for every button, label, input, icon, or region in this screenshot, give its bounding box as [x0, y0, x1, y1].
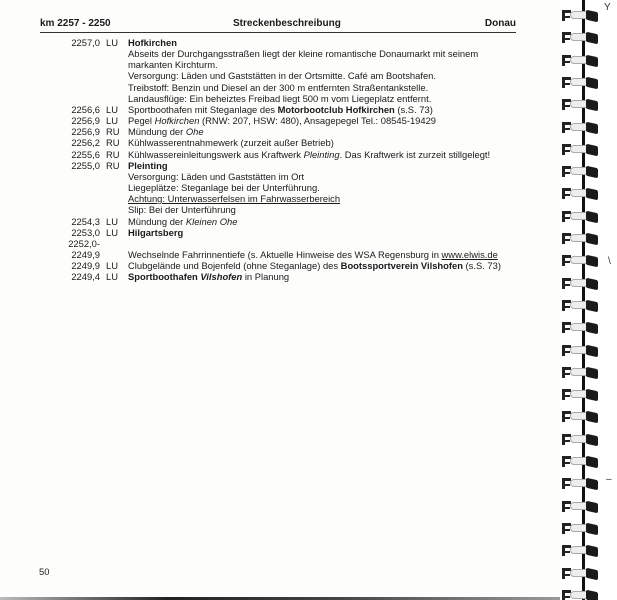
- river-km: [50, 82, 100, 93]
- entry-row: Achtung: Unterwasserfelsen im Fahrwasser…: [50, 193, 530, 204]
- entry-text: Liegeplätze: Steganlage bei der Unterfüh…: [128, 182, 530, 193]
- entry-text: Hilgartsberg: [128, 227, 530, 238]
- bank-side: RU: [100, 149, 128, 160]
- entry-text: markanten Kirchturm.: [128, 59, 530, 70]
- binding-coil: [562, 454, 606, 470]
- scan-mark: \: [608, 256, 611, 267]
- binding-coil: [562, 387, 606, 403]
- entry-row: 2249,9Wechselnde Fahrrinnentiefe (s. Akt…: [50, 249, 530, 260]
- binding-coil: [562, 209, 606, 225]
- bank-side: [100, 193, 128, 204]
- entry-row: Treibstoff: Benzin und Diesel an der 300…: [50, 82, 530, 93]
- entry-text: Slip: Bei der Unterführung: [128, 204, 530, 215]
- river-km: [50, 70, 100, 81]
- bank-side: [100, 171, 128, 182]
- river-km: 2252,0-: [50, 238, 100, 249]
- river-km: 2256,2: [50, 137, 100, 148]
- river-km: 2249,9: [50, 249, 100, 260]
- binding-coil: [562, 409, 606, 425]
- river-km: [50, 182, 100, 193]
- entry-row: 2255,0RUPleinting: [50, 160, 530, 171]
- website-link[interactable]: www.elwis.de: [442, 249, 498, 260]
- route-description-list: 2257,0LUHofkirchenAbseits der Durchgangs…: [50, 37, 530, 282]
- entry-text: Kühlwassereinleitungswerk aus Kraftwerk …: [128, 149, 530, 160]
- binding-coil: [562, 521, 606, 537]
- bank-side: [100, 204, 128, 215]
- binding-coil: [562, 320, 606, 336]
- entry-text: Sportboothafen Vilshofen in Planung: [128, 271, 530, 282]
- binding-coil: [562, 298, 606, 314]
- entry-row: Landausflüge: Ein beheiztes Freibad lieg…: [50, 93, 530, 104]
- binding-coil: [562, 276, 606, 292]
- entry-text: Pegel Hofkirchen (RNW: 207, HSW: 480), A…: [128, 115, 530, 126]
- river-km: 2249,9: [50, 260, 100, 271]
- binding-coil: [562, 543, 606, 559]
- bank-side: [100, 249, 128, 260]
- entry-text: Treibstoff: Benzin und Diesel an der 300…: [128, 82, 530, 93]
- entry-row: Slip: Bei der Unterführung: [50, 204, 530, 215]
- river-km: 2255,6: [50, 149, 100, 160]
- bank-side: [100, 93, 128, 104]
- entry-text: Kühlwasserentnahmewerk (zurzeit außer Be…: [128, 137, 530, 148]
- binding-coil: [562, 164, 606, 180]
- entry-text: Sportboothafen mit Steganlage des Motorb…: [128, 104, 530, 115]
- river-km: [50, 93, 100, 104]
- river-km: [50, 193, 100, 204]
- binding-coil: [562, 231, 606, 247]
- river-km: 2253,0: [50, 227, 100, 238]
- river-km: 2256,6: [50, 104, 100, 115]
- entry-text: Landausflüge: Ein beheiztes Freibad lieg…: [128, 93, 530, 104]
- entry-text: Clubgelände und Bojenfeld (ohne Steganla…: [128, 260, 530, 271]
- binding-coil: [562, 253, 606, 269]
- page-header: km 2257 - 2250 Streckenbeschreibung Dona…: [40, 18, 516, 33]
- entry-row: 2249,4LUSportboothafen Vilshofen in Plan…: [50, 271, 530, 282]
- binding-coil: [562, 476, 606, 492]
- entry-row: 2257,0LUHofkirchen: [50, 37, 530, 48]
- binding-coil: [562, 97, 606, 113]
- river-name: Donau: [485, 18, 516, 29]
- bank-side: RU: [100, 160, 128, 171]
- entry-text: Mündung der Ohe: [128, 126, 530, 137]
- bank-side: [100, 182, 128, 193]
- binding-coil: [562, 186, 606, 202]
- river-km: 2257,0: [50, 37, 100, 48]
- entry-text: Mündung der Kleinen Ohe: [128, 216, 530, 227]
- bank-side: [100, 70, 128, 81]
- entry-text: Wechselnde Fahrrinnentiefe (s. Aktuelle …: [128, 249, 530, 260]
- entry-row: Liegeplätze: Steganlage bei der Unterfüh…: [50, 182, 530, 193]
- bank-side: LU: [100, 227, 128, 238]
- binding-coil: [562, 120, 606, 136]
- entry-text: Versorgung: Läden und Gaststätten im Ort: [128, 171, 530, 182]
- river-km: 2249,4: [50, 271, 100, 282]
- binding-coil: [562, 499, 606, 515]
- entry-row: 2256,9LUPegel Hofkirchen (RNW: 207, HSW:…: [50, 115, 530, 126]
- bank-side: [100, 59, 128, 70]
- bank-side: RU: [100, 126, 128, 137]
- entry-text: Pleinting: [128, 160, 530, 171]
- section-title: Streckenbeschreibung: [233, 18, 341, 29]
- entry-row: 2256,6LUSportboothafen mit Steganlage de…: [50, 104, 530, 115]
- river-km: 2255,0: [50, 160, 100, 171]
- binding-coil: [562, 566, 606, 582]
- entry-text: Achtung: Unterwasserfelsen im Fahrwasser…: [128, 193, 530, 204]
- entry-text: [128, 238, 530, 249]
- bank-side: LU: [100, 115, 128, 126]
- entry-row: 2254,3LUMündung der Kleinen Ohe: [50, 216, 530, 227]
- entry-row: 2252,0-: [50, 238, 530, 249]
- entry-text: Abseits der Durchgangsstraßen liegt der …: [128, 48, 530, 59]
- page-number: 50: [39, 566, 49, 577]
- binding-coil: [562, 432, 606, 448]
- entry-row: Versorgung: Läden und Gaststätten in der…: [50, 70, 530, 81]
- bank-side: [100, 48, 128, 59]
- entry-row: 2256,2RUKühlwasserentnahmewerk (zurzeit …: [50, 137, 530, 148]
- binding-coil: [562, 8, 606, 24]
- scan-mark: Y: [604, 2, 611, 13]
- binding-coil: [562, 365, 606, 381]
- river-km: [50, 171, 100, 182]
- binding-coil: [562, 343, 606, 359]
- binding-coil: [562, 588, 606, 600]
- bank-side: LU: [100, 216, 128, 227]
- entry-row: 2256,9RUMündung der Ohe: [50, 126, 530, 137]
- binding-coil: [562, 30, 606, 46]
- bank-side: LU: [100, 37, 128, 48]
- bank-side: [100, 82, 128, 93]
- scan-mark: –: [606, 474, 612, 485]
- entry-text: Hofkirchen: [128, 37, 530, 48]
- entry-row: 2249,9LUClubgelände und Bojenfeld (ohne …: [50, 260, 530, 271]
- entry-row: markanten Kirchturm.: [50, 59, 530, 70]
- river-km: 2256,9: [50, 126, 100, 137]
- bank-side: RU: [100, 137, 128, 148]
- binding-coil: [562, 53, 606, 69]
- book-page: km 2257 - 2250 Streckenbeschreibung Dona…: [0, 0, 560, 598]
- river-km: [50, 204, 100, 215]
- river-km: [50, 48, 100, 59]
- river-km: [50, 59, 100, 70]
- entry-row: 2255,6RUKühlwassereinleitungswerk aus Kr…: [50, 149, 530, 160]
- entry-row: Abseits der Durchgangsstraßen liegt der …: [50, 48, 530, 59]
- river-km: 2254,3: [50, 216, 100, 227]
- bank-side: LU: [100, 271, 128, 282]
- binding-coil: [562, 142, 606, 158]
- binding-coil: [562, 75, 606, 91]
- bank-side: LU: [100, 104, 128, 115]
- entry-row: Versorgung: Läden und Gaststätten im Ort: [50, 171, 530, 182]
- bank-side: LU: [100, 260, 128, 271]
- entry-text: Versorgung: Läden und Gaststätten in der…: [128, 70, 530, 81]
- km-range-heading: km 2257 - 2250: [40, 18, 111, 29]
- bank-side: [100, 238, 128, 249]
- river-km: 2256,9: [50, 115, 100, 126]
- entry-row: 2253,0LUHilgartsberg: [50, 227, 530, 238]
